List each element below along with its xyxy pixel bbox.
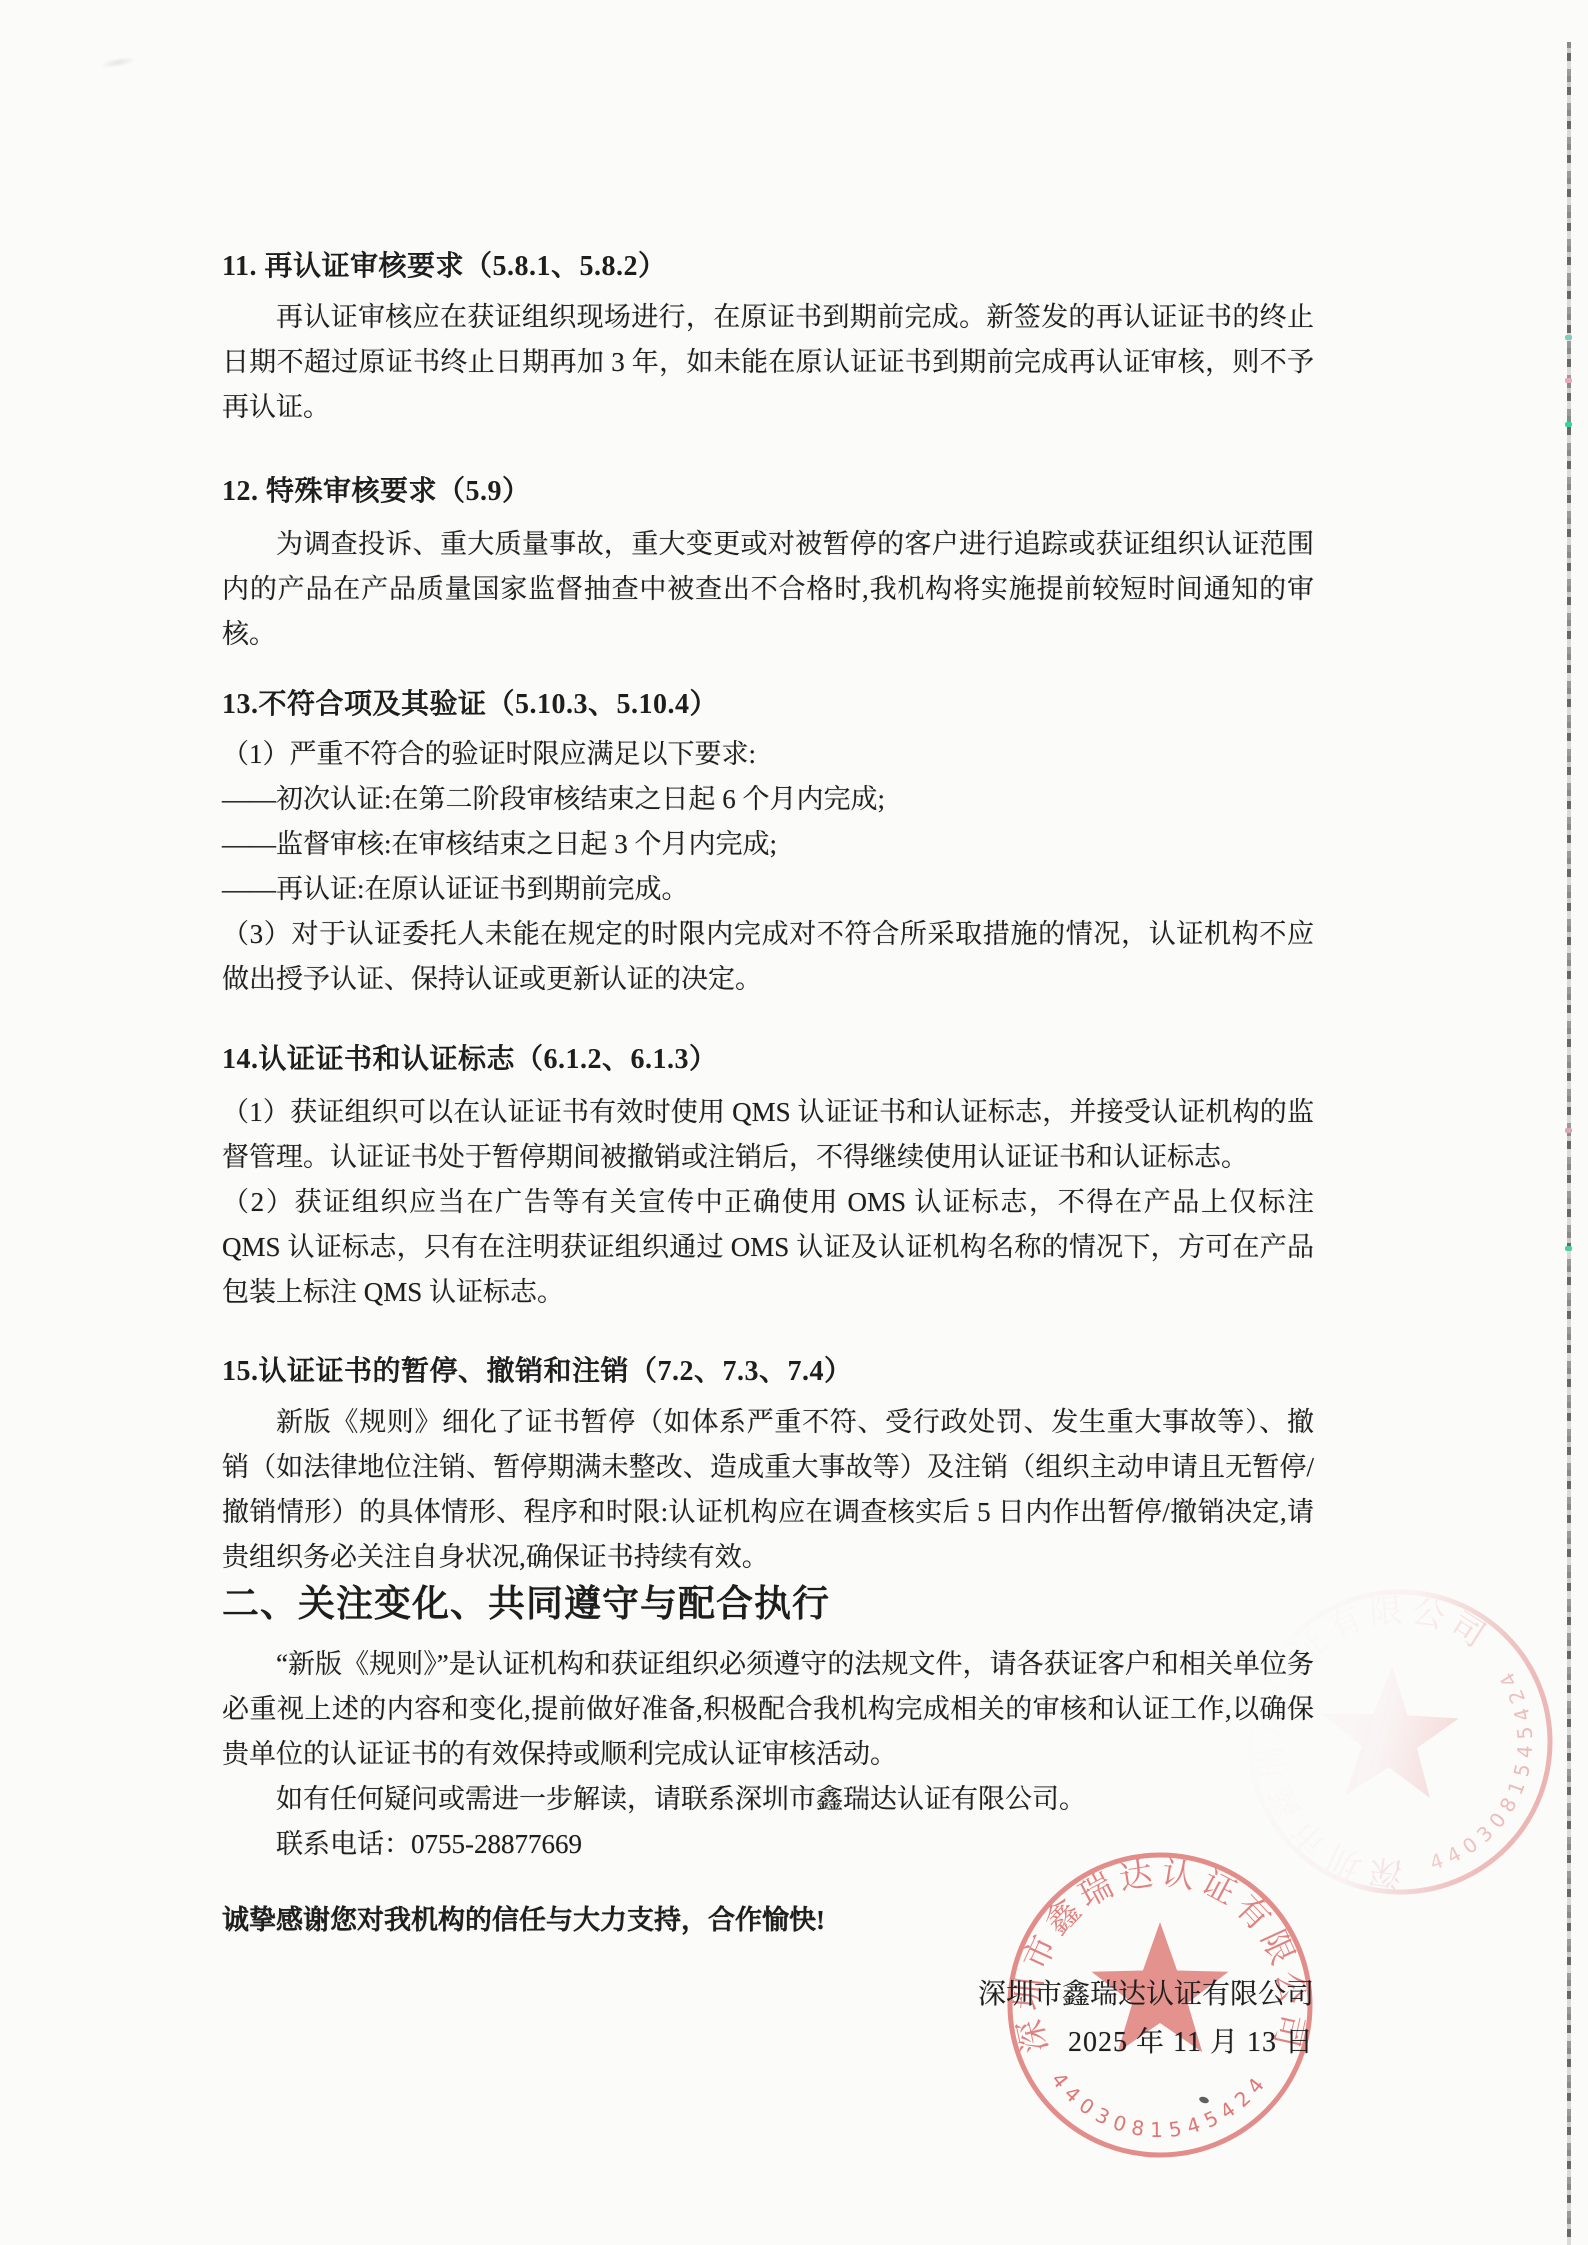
section-15-heading: 15.认证证书的暂停、撤销和注销（7.2、7.3、7.4） xyxy=(222,1352,1314,1392)
section-14-heading: 14.认证证书和认证标志（6.1.2、6.1.3） xyxy=(222,1040,1314,1080)
list-item: （3）对于认证委托人未能在规定的时限内完成对不符合所采取措施的情况，认证机构不应… xyxy=(222,912,1314,1002)
section-13-list: （1）严重不符合的验证时限应满足以下要求: ——初次认证:在第二阶段审核结束之日… xyxy=(222,732,1314,1002)
scan-color-artifact xyxy=(1565,422,1572,427)
contact-line: 如有任何疑问或需进一步解读，请联系深圳市鑫瑞达认证有限公司。 xyxy=(222,1777,1314,1822)
scan-color-artifact xyxy=(1565,378,1572,383)
ink-speck xyxy=(1198,2096,1209,2105)
scan-smudge xyxy=(99,55,136,70)
scan-color-artifact xyxy=(1565,1128,1572,1133)
section-13-heading: 13.不符合项及其验证（5.10.3、5.10.4） xyxy=(222,685,1314,725)
thanks-line: 诚挚感谢您对我机构的信任与大力支持，合作愉快! xyxy=(222,1898,1314,1943)
partial-seal-serial-number: 4403081545424 xyxy=(1420,1657,1567,1895)
document-body: 11. 再认证审核要求（5.8.1、5.8.2） 再认证审核应在获证组织现场进行… xyxy=(222,247,1314,1943)
list-item: ——初次认证:在第二阶段审核结束之日起 6 个月内完成; xyxy=(222,777,1314,822)
seal-serial-number: 4403081545424 xyxy=(1047,2068,1274,2142)
issue-date: 2025 年 11 月 13 日 xyxy=(222,2026,1314,2060)
section-14-paragraph: （2）获证组织应当在广告等有关宣传中正确使用 OMS 认证标志，不得在产品上仅标… xyxy=(222,1180,1314,1315)
section-12-heading: 12. 特殊审核要求（5.9） xyxy=(222,472,1314,512)
part-2-paragraph: “新版《规则》”是认证机构和获证组织必须遵守的法规文件，请各获证客户和相关单位务… xyxy=(222,1642,1314,1777)
company-name: 深圳市鑫瑞达认证有限公司 xyxy=(222,1978,1314,2012)
section-11-heading: 11. 再认证审核要求（5.8.1、5.8.2） xyxy=(222,247,1314,287)
scan-color-artifact xyxy=(1565,1246,1572,1251)
section-14-paragraph: （1）获证组织可以在认证证书有效时使用 QMS 认证证书和认证标志，并接受认证机… xyxy=(222,1090,1314,1180)
section-11-paragraph: 再认证审核应在获证组织现场进行，在原证书到期前完成。新签发的再认证证书的终止日期… xyxy=(222,295,1314,430)
part-2-heading: 二、关注变化、共同遵守与配合执行 xyxy=(222,1577,1314,1632)
list-item: （1）严重不符合的验证时限应满足以下要求: xyxy=(222,732,1314,777)
list-item: ——再认证:在原认证证书到期前完成。 xyxy=(222,867,1314,912)
list-item: ——监督审核:在审核结束之日起 3 个月内完成; xyxy=(222,822,1314,867)
scan-color-artifact xyxy=(1565,335,1572,340)
scanned-document-page: { "document": { "sections": [ { "heading… xyxy=(0,0,1588,2245)
section-15-paragraph: 新版《规则》细化了证书暂停（如体系严重不符、受行政处罚、发生重大事故等）、撤销（… xyxy=(222,1400,1314,1580)
signature-block: 深圳市鑫瑞达认证有限公司 2025 年 11 月 13 日 xyxy=(222,1978,1314,2060)
scan-edge-artifact xyxy=(1567,42,1571,2245)
section-12-paragraph: 为调查投诉、重大质量事故，重大变更或对被暂停的客户进行追踪或获证组织认证范围内的… xyxy=(222,522,1314,657)
phone-line: 联系电话：0755-28877669 xyxy=(222,1822,1314,1867)
partial-seal-star-icon xyxy=(1299,1649,1468,1822)
